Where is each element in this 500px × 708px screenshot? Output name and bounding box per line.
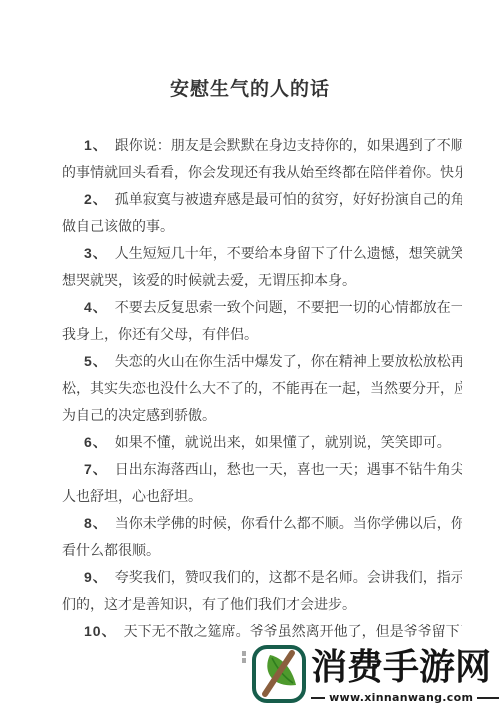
list-item-4-line-1: 4、不要去反复思索一致个问题，不要把一切的心情都放在一小 xyxy=(62,294,462,321)
item-number: 5、 xyxy=(84,353,108,369)
list-item-5-line-3: 为自己的决定感到骄傲。 xyxy=(62,402,462,429)
item-number: 2、 xyxy=(84,191,108,207)
list-item-9-line-2: 们的，这才是善知识，有了他们我们才会进步。 xyxy=(62,591,462,618)
list-item-2-line-2: 做自己该做的事。 xyxy=(62,213,462,240)
item-text: 不要去反复思索一致个问题，不要把一切的心情都放在一小 xyxy=(115,299,462,315)
item-text: 日出东海落西山，愁也一天，喜也一天；遇事不钻牛角尖， xyxy=(115,461,462,477)
item-number: 3、 xyxy=(84,245,108,261)
item-number: 6、 xyxy=(84,434,108,450)
list-item-1-line-1: 1、跟你说：朋友是会默默在身边支持你的，如果遇到了不顺心 xyxy=(62,132,462,159)
list-item-9-line-1: 9、夸奖我们，赞叹我们的，这都不是名师。会讲我们，指示我 xyxy=(62,564,462,591)
list-item-5-line-2: 松，其实失恋也没什么大不了的，不能再在一起，当然要分开，应该 xyxy=(62,375,462,402)
item-text: 孤单寂寞与被遗弃感是最可怕的贫穷，好好扮演自己的角色， xyxy=(115,191,462,207)
list-item-3-line-2: 想哭就哭，该爱的时候就去爱，无谓压抑本身。 xyxy=(62,267,462,294)
list-item-10-line-1: 10、天下无不散之筵席。爷爷虽然离开他了，但是爷爷留下了 xyxy=(62,618,462,645)
list-item-4-line-2: 我身上，你还有父母，有伴侣。 xyxy=(62,321,462,348)
item-number: 9、 xyxy=(84,569,108,585)
document-body: 1、跟你说：朋友是会默默在身边支持你的，如果遇到了不顺心 的事情就回头看看，你会… xyxy=(62,132,462,645)
list-item-6-line-1: 6、如果不懂，就说出来，如果懂了，就别说，笑笑即可。 xyxy=(62,429,462,456)
item-text: 天下无不散之筵席。爷爷虽然离开他了，但是爷爷留下了 xyxy=(124,623,462,639)
item-text: 如果不懂，就说出来，如果懂了，就别说，笑笑即可。 xyxy=(115,434,451,450)
item-number: 1、 xyxy=(84,137,108,153)
item-number: 10、 xyxy=(84,623,117,639)
item-text: 跟你说：朋友是会默默在身边支持你的，如果遇到了不顺心 xyxy=(115,137,462,153)
left-rule xyxy=(311,697,325,699)
list-item-7-line-2: 人也舒坦，心也舒坦。 xyxy=(62,483,462,510)
leaf-and-stick-icon xyxy=(251,644,307,704)
item-number: 8、 xyxy=(84,515,108,531)
list-item-5-line-1: 5、失恋的火山在你生活中爆发了，你在精神上要放松放松再放 xyxy=(62,348,462,375)
list-item-2-line-1: 2、孤单寂寞与被遗弃感是最可怕的贫穷，好好扮演自己的角色， xyxy=(62,186,462,213)
list-item-3-line-1: 3、人生短短几十年，不要给本身留下了什么遗憾，想笑就笑， xyxy=(62,240,462,267)
list-item-8-line-2: 看什么都很顺。 xyxy=(62,537,462,564)
micro-text-marks xyxy=(242,651,247,665)
list-item-1-line-2: 的事情就回头看看，你会发现还有我从始至终都在陪伴着你。快乐起 来吧！ xyxy=(62,159,462,186)
item-text: 当你未学佛的时候，你看什么都不顺。当你学佛以后，你要 xyxy=(115,515,462,531)
list-item-8-line-1: 8、当你未学佛的时候，你看什么都不顺。当你学佛以后，你要 xyxy=(62,510,462,537)
list-item-7-line-1: 7、日出东海落西山，愁也一天，喜也一天；遇事不钻牛角尖， xyxy=(62,456,462,483)
item-text: 夸奖我们，赞叹我们的，这都不是名师。会讲我们，指示我 xyxy=(115,569,462,585)
watermark-site-url: www.xinnanwang.com xyxy=(329,691,473,704)
watermark-site-name: 消费手游网 xyxy=(311,645,500,689)
document-page: 安慰生气的人的话 1、跟你说：朋友是会默默在身边支持你的，如果遇到了不顺心 的事… xyxy=(0,0,500,708)
item-text: 人生短短几十年，不要给本身留下了什么遗憾，想笑就笑， xyxy=(115,245,462,261)
watermark-url-row: www.xinnanwang.com xyxy=(311,691,499,704)
item-text: 失恋的火山在你生活中爆发了，你在精神上要放松放松再放 xyxy=(115,353,462,369)
item-number: 4、 xyxy=(84,299,108,315)
item-number: 7、 xyxy=(84,461,108,477)
page-title: 安慰生气的人的话 xyxy=(0,74,500,101)
right-rule xyxy=(477,697,499,699)
